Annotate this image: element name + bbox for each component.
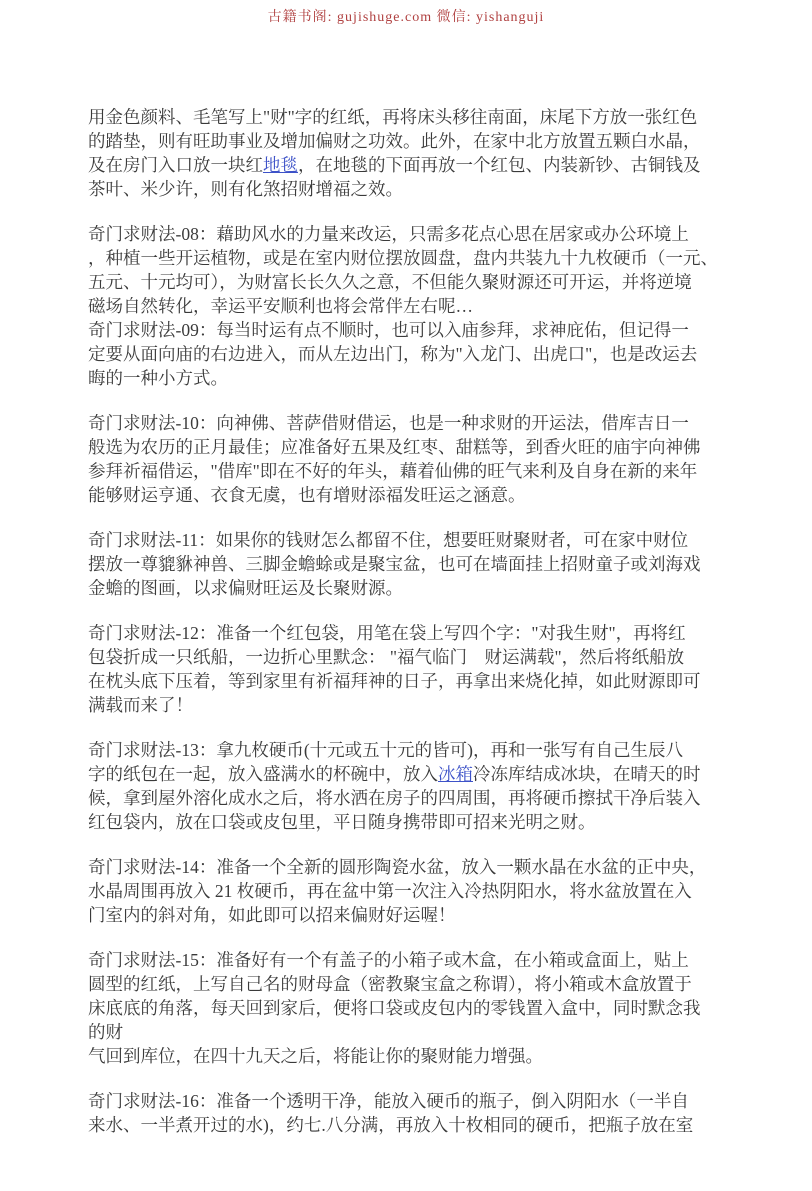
paragraph-method-07-continuation: 用金色颜料、毛笔写上"财"字的红纸，再将床头移往南面，床尾下方放一张红色 的踏垫… (88, 105, 728, 201)
paragraph-text: 奇门求财法-11：如果你的钱财怎么都留不住，想要旺财聚财者，可在家中财位 摆放一… (88, 530, 701, 598)
paragraph-method-11: 奇门求财法-11：如果你的钱财怎么都留不住，想要旺财聚财者，可在家中财位 摆放一… (88, 528, 728, 600)
paragraph-text: 奇门求财法-12：准备一个红包袋，用笔在袋上写四个字："对我生财"，再将红 包袋… (88, 623, 701, 715)
paragraph-method-15: 奇门求财法-15：准备好有一个有盖子的小箱子或木盒，在小箱或盒面上，贴上 圆型的… (88, 948, 728, 1068)
paragraph-method-08: 奇门求财法-08：藉助风水的力量来改运，只需多花点心思在居家或办公环境上 ，种植… (88, 222, 728, 318)
paragraph-method-10: 奇门求财法-10：向神佛、菩萨借财借运，也是一种求财的开运法，借库吉日一 般选为… (88, 411, 728, 507)
document-content: 用金色颜料、毛笔写上"财"字的红纸，再将床头移往南面，床尾下方放一张红色 的踏垫… (88, 105, 728, 1137)
paragraph-method-12: 奇门求财法-12：准备一个红包袋，用笔在袋上写四个字："对我生财"，再将红 包袋… (88, 621, 728, 717)
link-refrigerator[interactable]: 冰箱 (438, 764, 473, 784)
paragraph-text: 奇门求财法-10：向神佛、菩萨借财借运，也是一种求财的开运法，借库吉日一 般选为… (88, 413, 701, 505)
paragraph-text: 奇门求财法-14：准备一个全新的圆形陶瓷水盆，放入一颗水晶在水盆的正中央， 水晶… (88, 857, 706, 925)
link-carpet[interactable]: 地毯 (263, 155, 298, 175)
paragraph-text: 奇门求财法-08：藉助风水的力量来改运，只需多花点心思在居家或办公环境上 ，种植… (88, 224, 718, 316)
paragraph-method-09: 奇门求财法-09：每当时运有点不顺时，也可以入庙参拜，求神庇佑，但记得一 定要从… (88, 318, 728, 390)
paragraph-text: 奇门求财法-16：准备一个透明干净，能放入硬币的瓶子，倒入阴阳水（一半自 来水、… (88, 1091, 693, 1135)
paragraph-text: 奇门求财法-09：每当时运有点不顺时，也可以入庙参拜，求神庇佑，但记得一 定要从… (88, 320, 697, 388)
paragraph-text: 奇门求财法-15：准备好有一个有盖子的小箱子或木盒，在小箱或盒面上，贴上 圆型的… (88, 950, 701, 1066)
paragraph-method-16: 奇门求财法-16：准备一个透明干净，能放入硬币的瓶子，倒入阴阳水（一半自 来水、… (88, 1089, 728, 1137)
site-watermark-header: 古籍书阁: gujishuge.com 微信: yishanguji (0, 0, 812, 26)
paragraph-method-14: 奇门求财法-14：准备一个全新的圆形陶瓷水盆，放入一颗水晶在水盆的正中央， 水晶… (88, 855, 728, 927)
paragraph-method-13: 奇门求财法-13：拿九枚硬币(十元或五十元的皆可)，再和一张写有自己生辰八 字的… (88, 738, 728, 834)
